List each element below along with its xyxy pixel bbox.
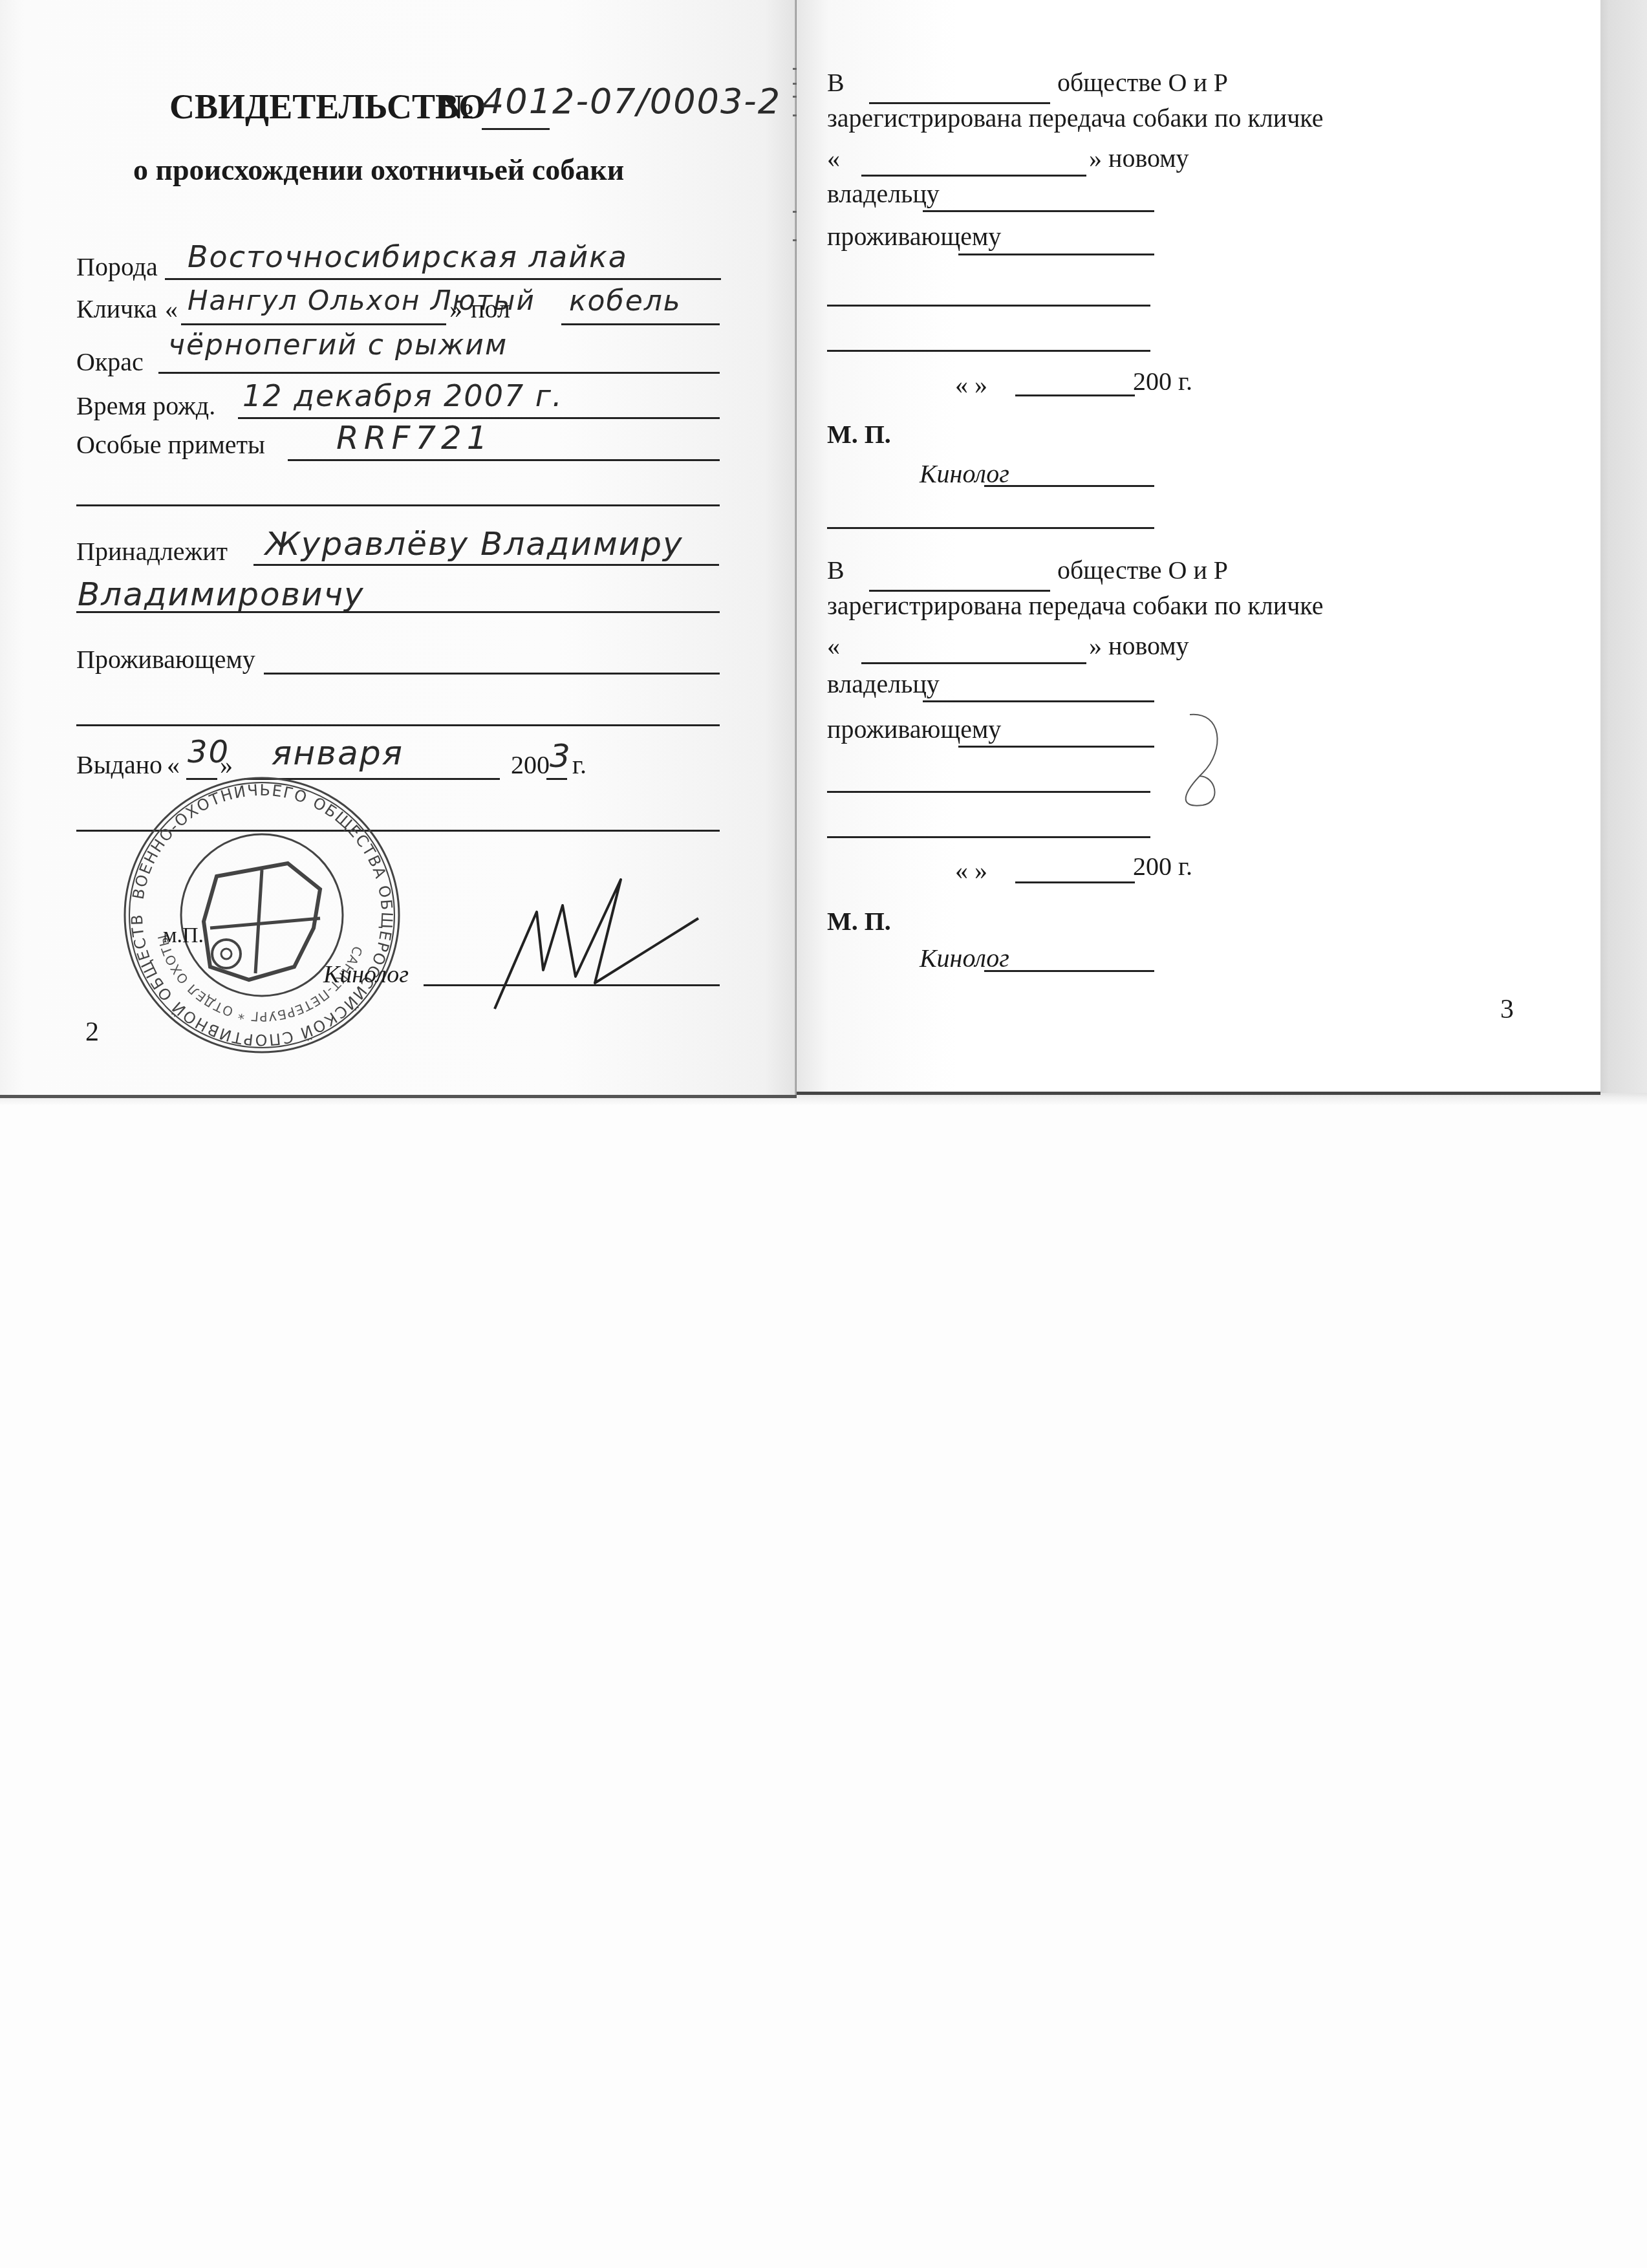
pen-scribble xyxy=(1164,711,1242,808)
name-open-quote: « xyxy=(165,296,178,322)
color-label: Окрас xyxy=(76,349,144,375)
number-underline xyxy=(482,128,550,130)
residence-line-2 xyxy=(76,724,720,726)
name-close-quote: » xyxy=(449,296,462,322)
dog-name-line xyxy=(861,662,1086,664)
issued-year-prefix: 200 xyxy=(511,752,550,778)
breed-label: Порода xyxy=(76,254,158,280)
certificate-title: СВИДЕТЕЛЬСТВО xyxy=(169,89,486,124)
society-suffix: обществе О и Р xyxy=(1057,70,1228,96)
page-number-left: 2 xyxy=(85,1019,99,1046)
transfer-prefix: В xyxy=(827,557,845,583)
residence-label: проживающему xyxy=(827,717,1001,742)
breed-value: Восточносибирская лайка xyxy=(188,239,628,274)
left-page: СВИДЕТЕЛЬСТВО № 4012-07/0003-2 о происхо… xyxy=(0,0,797,1098)
issued-year-suffix: 3 xyxy=(550,737,572,775)
name-close-quote: » новому xyxy=(1089,633,1189,659)
name-open-quote: « xyxy=(827,633,840,659)
residence-line-2 xyxy=(827,791,1150,793)
owner-line-2 xyxy=(76,611,720,613)
date-line xyxy=(1015,394,1135,396)
signer-label: Кинолог xyxy=(323,962,409,987)
page-number-right: 3 xyxy=(1500,996,1514,1023)
signer-label: Кинолог xyxy=(920,945,1009,971)
sex-line xyxy=(561,323,720,325)
stamp-place-label: м.П. xyxy=(163,925,204,947)
signer-label: Кинолог xyxy=(920,461,1009,487)
issued-month: января xyxy=(272,734,404,773)
society-suffix: обществе О и Р xyxy=(1057,557,1228,583)
right-page: В обществе О и Р зарегистрирована переда… xyxy=(797,0,1600,1095)
registered-text: зарегистрирована передача собаки по клич… xyxy=(827,593,1324,619)
stamp-place-label: М. П. xyxy=(827,422,891,448)
owner-label: Принадлежит xyxy=(76,539,228,565)
date-quotes: « » xyxy=(955,372,987,398)
stamp-place-label: М. П. xyxy=(827,909,891,934)
owner-value-line1: Журавлёву Владимиру xyxy=(265,525,683,563)
color-line xyxy=(158,372,720,374)
owner-line xyxy=(923,700,1154,702)
special-marks-line-2 xyxy=(76,504,720,506)
transfer-prefix: В xyxy=(827,70,845,96)
certificate-subtitle: о происхождении охотничьей собаки xyxy=(133,155,624,185)
issued-year-line xyxy=(546,778,567,780)
registered-text: зарегистрирована передача собаки по клич… xyxy=(827,105,1324,131)
residence-line-3 xyxy=(827,350,1150,352)
sex-label: пол xyxy=(471,296,510,322)
date-line xyxy=(1015,881,1135,883)
residence-label: проживающему xyxy=(827,224,1001,250)
issued-year-unit: г. xyxy=(572,752,587,778)
residence-line-2 xyxy=(827,305,1150,307)
name-close-quote: » новому xyxy=(1089,146,1189,171)
dog-name-line xyxy=(861,175,1086,177)
signer-line xyxy=(984,485,1154,487)
name-line xyxy=(181,323,446,325)
name-open-quote: « xyxy=(827,146,840,171)
residence-label: Проживающему xyxy=(76,647,255,673)
official-stamp: ВОЕННО-ОХОТНИЧЬЕГО ОБЩЕСТВА ОБЩЕРОССИЙСК… xyxy=(120,773,404,1057)
certificate-number: 4012-07/0003-2 xyxy=(482,81,781,122)
special-marks-label: Особые приметы xyxy=(76,432,265,458)
number-sign: № xyxy=(440,89,475,124)
year-text: 200 г. xyxy=(1133,369,1192,394)
special-marks-line xyxy=(288,459,720,461)
residence-line-1 xyxy=(264,673,720,675)
color-value: чёрнопегий с рыжим xyxy=(168,329,508,362)
owner-label: владельцу xyxy=(827,181,940,207)
owner-line-1 xyxy=(253,564,719,566)
special-marks-value: RRF721 xyxy=(336,419,493,457)
owner-value-line2: Владимировичу xyxy=(78,576,365,613)
name-label: Кличка xyxy=(76,296,157,322)
year-text: 200 г. xyxy=(1133,854,1192,880)
birth-date-value: 12 декабря 2007 г. xyxy=(242,378,563,413)
signer-line xyxy=(984,970,1154,972)
signature-mark xyxy=(491,867,705,1015)
owner-line xyxy=(923,210,1154,212)
breed-line xyxy=(165,278,721,280)
residence-line-1 xyxy=(958,746,1154,748)
birth-date-label: Время рожд. xyxy=(76,393,215,419)
date-quotes: « » xyxy=(955,858,987,883)
residence-line-3 xyxy=(827,836,1150,838)
owner-label: владельцу xyxy=(827,671,940,697)
separator-line xyxy=(827,527,1154,529)
sex-value: кобель xyxy=(569,285,682,318)
residence-line-1 xyxy=(958,254,1154,255)
